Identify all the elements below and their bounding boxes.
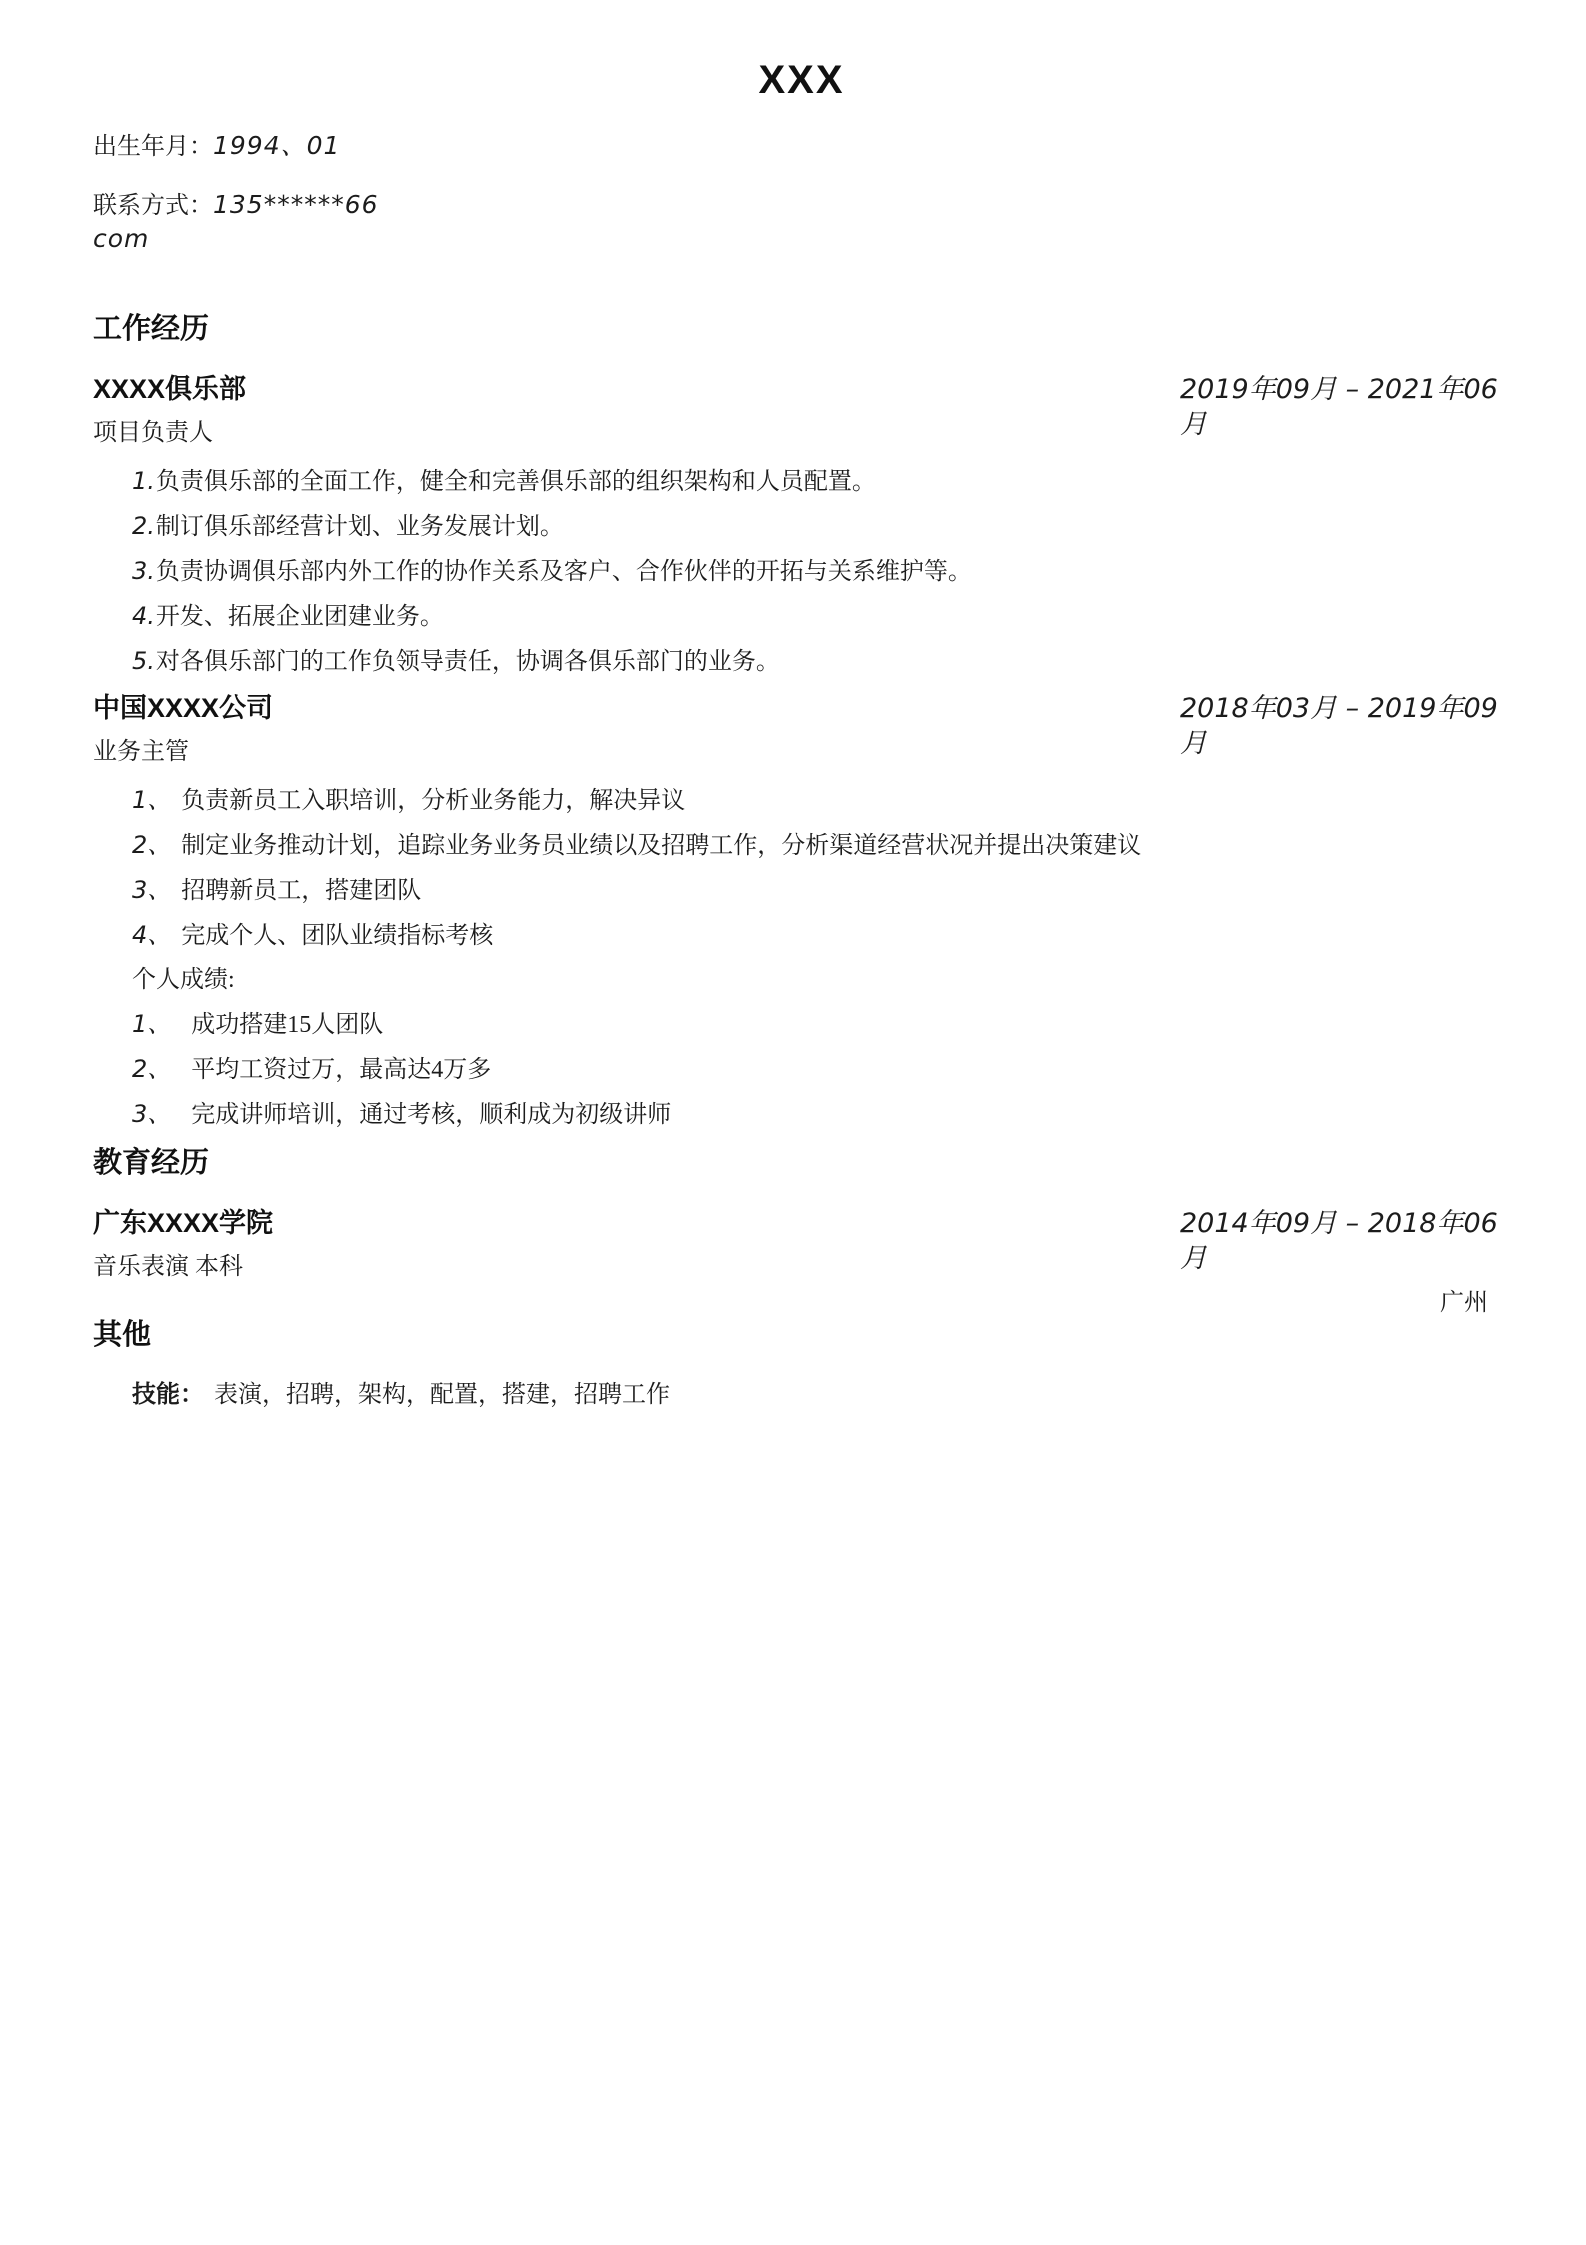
location: 广州 bbox=[93, 1288, 1488, 1318]
achievement-list: 1、成功搭建15人团队 2、平均工资过万，最高达4万多 3、完成讲师培训，通过考… bbox=[132, 1009, 1510, 1130]
education-date: 2014年09月 – 2018年06月 bbox=[1180, 1206, 1510, 1276]
achievement-item: 3、完成讲师培训，通过考核，顺利成为初级讲师 bbox=[132, 1099, 1510, 1130]
bullet-item: 1、负责新员工入职培训，分析业务能力，解决异议 bbox=[132, 785, 1510, 816]
skills-label: 技能： bbox=[132, 1382, 204, 1408]
achievement-item: 2、平均工资过万，最高达4万多 bbox=[132, 1054, 1510, 1085]
bullet-text: 完成个人、团队业绩指标考核 bbox=[181, 923, 493, 949]
bullet-text: 制订俱乐部经营计划、业务发展计划。 bbox=[156, 514, 564, 540]
contact-extra: com bbox=[93, 222, 1510, 256]
bullet-text: 平均工资过万，最高达4万多 bbox=[191, 1057, 491, 1083]
skills-row: 技能：表演，招聘，架构，配置，搭建，招聘工作 bbox=[132, 1380, 1510, 1410]
bullet-text: 完成讲师培训，通过考核，顺利成为初级讲师 bbox=[191, 1102, 671, 1128]
bullet-item: 2.制订俱乐部经营计划、业务发展计划。 bbox=[132, 511, 1510, 542]
bullet-num: 1. bbox=[132, 467, 155, 495]
work-section-heading: 工作经历 bbox=[93, 312, 1510, 346]
achievement-item: 1、成功搭建15人团队 bbox=[132, 1009, 1510, 1040]
bullet-item: 4.开发、拓展企业团建业务。 bbox=[132, 601, 1510, 632]
resume-title: XXX bbox=[93, 56, 1510, 104]
bullet-text: 负责新员工入职培训，分析业务能力，解决异议 bbox=[181, 788, 685, 814]
bullet-text: 负责俱乐部的全面工作，健全和完善俱乐部的组织架构和人员配置。 bbox=[156, 469, 876, 495]
bullet-num: 3. bbox=[132, 557, 155, 585]
bullet-num: 3、 bbox=[132, 1100, 171, 1128]
job-date: 2018年03月 – 2019年09月 bbox=[1180, 691, 1510, 761]
skills-value: 表演，招聘，架构，配置，搭建，招聘工作 bbox=[214, 1382, 670, 1408]
contact-label: 联系方式： bbox=[93, 193, 213, 219]
bullet-num: 4、 bbox=[132, 921, 171, 949]
bullet-num: 1、 bbox=[132, 786, 171, 814]
bullet-text: 制定业务推动计划，追踪业务业务员业绩以及招聘工作，分析渠道经营状况并提出决策建议 bbox=[181, 833, 1141, 859]
bullet-text: 对各俱乐部门的工作负领导责任，协调各俱乐部门的业务。 bbox=[156, 649, 780, 675]
other-section-heading: 其他 bbox=[93, 1318, 1510, 1352]
resume-page: XXX 出生年月：1994、01 联系方式：135******66 com 工作… bbox=[0, 0, 1586, 2245]
birth-label: 出生年月： bbox=[93, 134, 213, 160]
bullet-item: 5.对各俱乐部门的工作负领导责任，协调各俱乐部门的业务。 bbox=[132, 646, 1510, 677]
bullet-num: 1、 bbox=[132, 1010, 171, 1038]
bullet-text: 负责协调俱乐部内外工作的协作关系及客户、合作伙伴的开拓与关系维护等。 bbox=[156, 559, 972, 585]
basic-info: 出生年月：1994、01 联系方式：135******66 com bbox=[93, 130, 1510, 256]
achievements-label: 个人成绩: bbox=[132, 965, 1510, 995]
bullet-text: 开发、拓展企业团建业务。 bbox=[156, 604, 444, 630]
job-header-row: XXXX俱乐部 2019年09月 – 2021年06月 bbox=[93, 372, 1510, 406]
bullet-text: 招聘新员工，搭建团队 bbox=[181, 878, 421, 904]
bullet-item: 4、完成个人、团队业绩指标考核 bbox=[132, 920, 1510, 951]
job-bullet-list: 1.负责俱乐部的全面工作，健全和完善俱乐部的组织架构和人员配置。 2.制订俱乐部… bbox=[132, 466, 1510, 677]
contact-row: 联系方式：135******66 com bbox=[93, 189, 1510, 256]
bullet-item: 3.负责协调俱乐部内外工作的协作关系及客户、合作伙伴的开拓与关系维护等。 bbox=[132, 556, 1510, 587]
birth-value: 1994、01 bbox=[213, 131, 340, 160]
bullet-text: 成功搭建15人团队 bbox=[191, 1012, 383, 1038]
bullet-item: 1.负责俱乐部的全面工作，健全和完善俱乐部的组织架构和人员配置。 bbox=[132, 466, 1510, 497]
job-header-row: 中国XXXX公司 2018年03月 – 2019年09月 bbox=[93, 691, 1510, 725]
contact-value: 135******66 bbox=[213, 190, 379, 219]
job-bullet-list: 1、负责新员工入职培训，分析业务能力，解决异议 2、制定业务推动计划，追踪业务业… bbox=[132, 785, 1510, 951]
birth-row: 出生年月：1994、01 bbox=[93, 130, 1510, 163]
bullet-item: 2、制定业务推动计划，追踪业务业务员业绩以及招聘工作，分析渠道经营状况并提出决策… bbox=[132, 830, 1510, 861]
bullet-num: 2. bbox=[132, 512, 155, 540]
bullet-num: 4. bbox=[132, 602, 155, 630]
bullet-item: 3、招聘新员工，搭建团队 bbox=[132, 875, 1510, 906]
education-section-heading: 教育经历 bbox=[93, 1146, 1510, 1180]
school-header-row: 广东XXXX学院 2014年09月 – 2018年06月 bbox=[93, 1206, 1510, 1240]
bullet-num: 2、 bbox=[132, 831, 171, 859]
job-date: 2019年09月 – 2021年06月 bbox=[1180, 372, 1510, 442]
bullet-num: 2、 bbox=[132, 1055, 171, 1083]
bullet-num: 3、 bbox=[132, 876, 171, 904]
bullet-num: 5. bbox=[132, 647, 155, 675]
